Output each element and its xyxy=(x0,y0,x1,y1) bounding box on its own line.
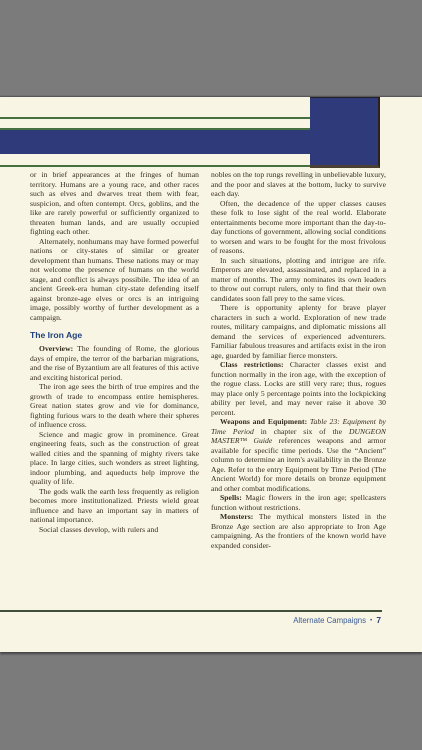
footer-page-number: 7 xyxy=(376,615,381,625)
body-paragraph: Spells: Magic flowers in the iron age; s… xyxy=(211,493,386,512)
body-paragraph: Social classes develop, with rulers and xyxy=(30,525,199,535)
footer-section-title: Alternate Campaigns xyxy=(293,616,366,625)
body-paragraph: Science and magic grow in prominence. Gr… xyxy=(30,430,199,487)
body-paragraph: Monsters: The mythical monsters listed i… xyxy=(211,512,386,550)
body-paragraph: nobles on the top rungs revelling in unb… xyxy=(211,170,386,199)
header-blue-band xyxy=(0,130,310,154)
footer-separator: • xyxy=(370,617,372,624)
body-paragraph: or in brief appearances at the fringes o… xyxy=(30,170,199,237)
text-column-right: nobles on the top rungs revelling in unb… xyxy=(211,170,386,608)
body-paragraph: There is opportunity aplenty for brave p… xyxy=(211,303,386,360)
body-paragraph: The gods walk the earth less frequently … xyxy=(30,487,199,525)
body-text-area: or in brief appearances at the fringes o… xyxy=(30,170,386,608)
body-paragraph: Class restrictions: Character classes ex… xyxy=(211,360,386,417)
header-rule-bottom xyxy=(0,165,310,167)
body-paragraph: In such situations, plotting and intrigu… xyxy=(211,256,386,304)
body-paragraph: Weapons and Equipment: Table 23: Equipme… xyxy=(211,417,386,493)
footer-rule xyxy=(0,610,382,612)
header-rule-top xyxy=(0,117,310,119)
body-paragraph: Often, the decadence of the upper classe… xyxy=(211,199,386,256)
body-paragraph: The iron age sees the birth of true empi… xyxy=(30,382,199,430)
header-corner-block xyxy=(310,97,380,168)
text-column-left: or in brief appearances at the fringes o… xyxy=(30,170,199,608)
body-paragraph: Alternately, nonhumans may have formed p… xyxy=(30,237,199,323)
section-heading: The Iron Age xyxy=(30,330,199,340)
body-paragraph: Overview: The founding of Rome, the glor… xyxy=(30,344,199,382)
book-page: or in brief appearances at the fringes o… xyxy=(0,97,422,652)
page-footer: Alternate Campaigns•7 xyxy=(293,615,381,625)
